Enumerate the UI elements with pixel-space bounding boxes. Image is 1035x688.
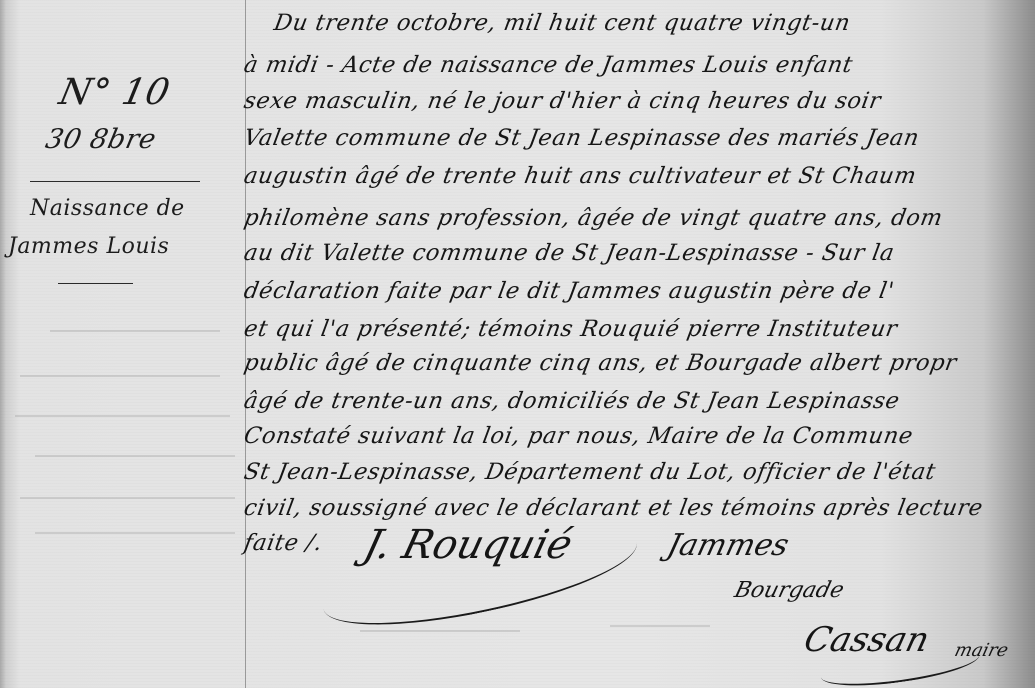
bleed-through-line — [35, 455, 235, 457]
body-line: à midi - Acte de naissance de Jammes Lou… — [242, 52, 855, 78]
body-line: civil, soussigné avec le déclarant et le… — [242, 495, 985, 521]
body-line: philomène sans profession, âgée de vingt… — [242, 205, 945, 231]
entry-number: N° 10 — [56, 72, 174, 113]
body-line: et qui l'a présenté; témoins Rouquié pie… — [242, 316, 900, 342]
bleed-through-line — [35, 532, 235, 534]
body-line: Valette commune de St Jean Lespinasse de… — [242, 125, 921, 151]
body-line: sexe masculin, né le jour d'hier à cinq … — [242, 88, 883, 114]
margin-title-line1: Naissance de — [30, 196, 185, 221]
bleed-through-line — [20, 375, 220, 377]
margin-title-line2: Jammes Louis — [8, 234, 169, 259]
body-line: St Jean-Lespinasse, Département du Lot, … — [242, 459, 938, 485]
signature-declarant: Jammes — [664, 528, 793, 563]
entry-date: 30 8bre — [43, 124, 159, 155]
bleed-through-line — [20, 497, 235, 499]
bleed-through-line — [50, 330, 220, 332]
body-line: âgé de trente-un ans, domiciliés de St J… — [242, 388, 902, 414]
body-line: déclaration faite par le dit Jammes augu… — [242, 278, 896, 304]
margin-column: N° 10 30 8bre Naissance de Jammes Louis — [0, 0, 245, 688]
bleed-through-line — [15, 415, 230, 417]
body-line: Du trente octobre, mil huit cent quatre … — [272, 10, 853, 36]
body-line: augustin âgé de trente huit ans cultivat… — [242, 163, 919, 189]
margin-underline — [58, 283, 133, 284]
body-line: au dit Valette commune de St Jean-Lespin… — [242, 240, 897, 266]
bleed-through-line — [610, 625, 710, 627]
body-line: faite /. — [242, 530, 325, 556]
scanned-register-page: N° 10 30 8bre Naissance de Jammes Louis … — [0, 0, 1035, 688]
body-line: Constaté suivant la loi, par nous, Maire… — [242, 423, 915, 449]
bleed-through-line — [360, 630, 520, 632]
signature-bourgade: Bourgade — [732, 578, 847, 603]
body-line: public âgé de cinquante cinq ans, et Bou… — [242, 350, 959, 376]
margin-divider — [30, 181, 200, 182]
